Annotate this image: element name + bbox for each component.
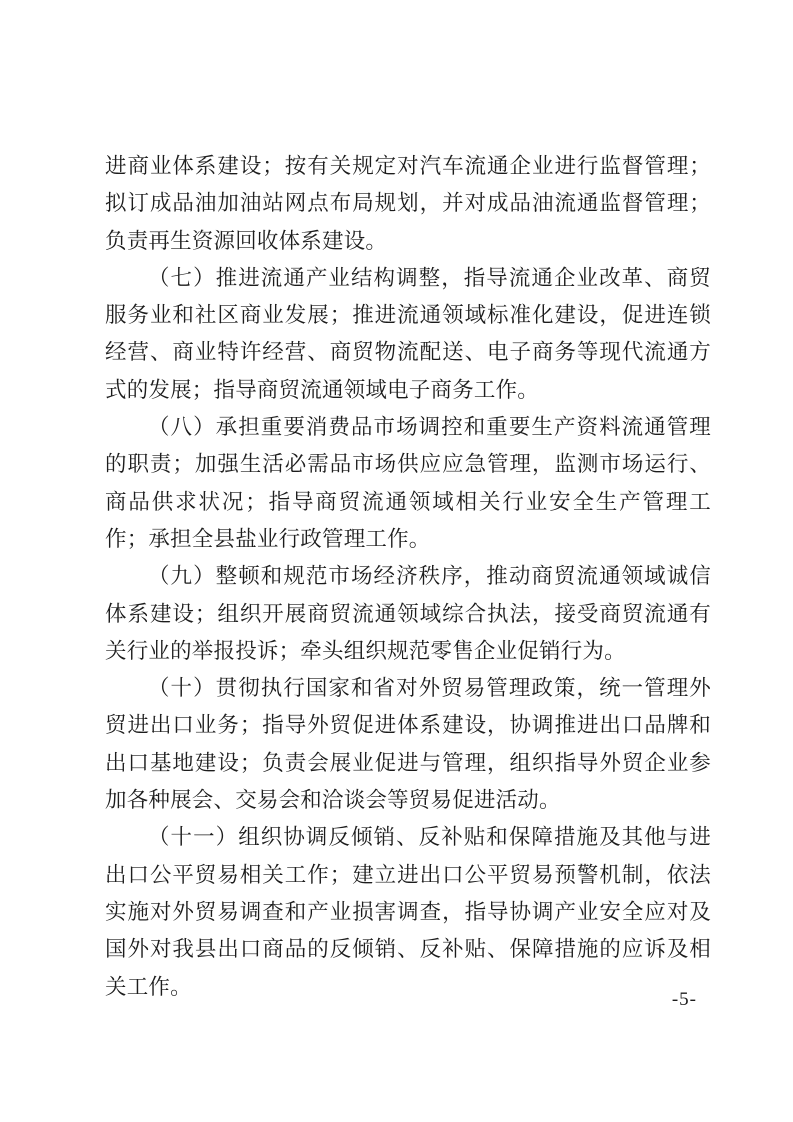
paragraph-item-9: （九）整顿和规范市场经济秩序，推动商贸流通领域诚信体系建设；组织开展商贸流通领域…: [105, 558, 711, 670]
paragraph-item-11: （十一）组织协调反倾销、反补贴和保障措施及其他与进出口公平贸易相关工作；建立进出…: [105, 819, 711, 1005]
document-page: 进商业体系建设；按有关规定对汽车流通企业进行监督管理；拟订成品油加油站网点布局规…: [0, 0, 793, 1122]
paragraph-item-7: （七）推进流通产业结构调整，指导流通企业改革、商贸服务业和社区商业发展；推进流通…: [105, 260, 711, 409]
document-body-text: 进商业体系建设；按有关规定对汽车流通企业进行监督管理；拟订成品油加油站网点布局规…: [105, 148, 711, 1006]
paragraph-item-8: （八）承担重要消费品市场调控和重要生产资料流通管理的职责；加强生活必需品市场供应…: [105, 409, 711, 558]
paragraph-item-10: （十）贯彻执行国家和省对外贸易管理政策，统一管理外贸进出口业务；指导外贸促进体系…: [105, 670, 711, 819]
page-number: -5-: [672, 988, 697, 1012]
paragraph-continuation: 进商业体系建设；按有关规定对汽车流通企业进行监督管理；拟订成品油加油站网点布局规…: [105, 148, 711, 260]
